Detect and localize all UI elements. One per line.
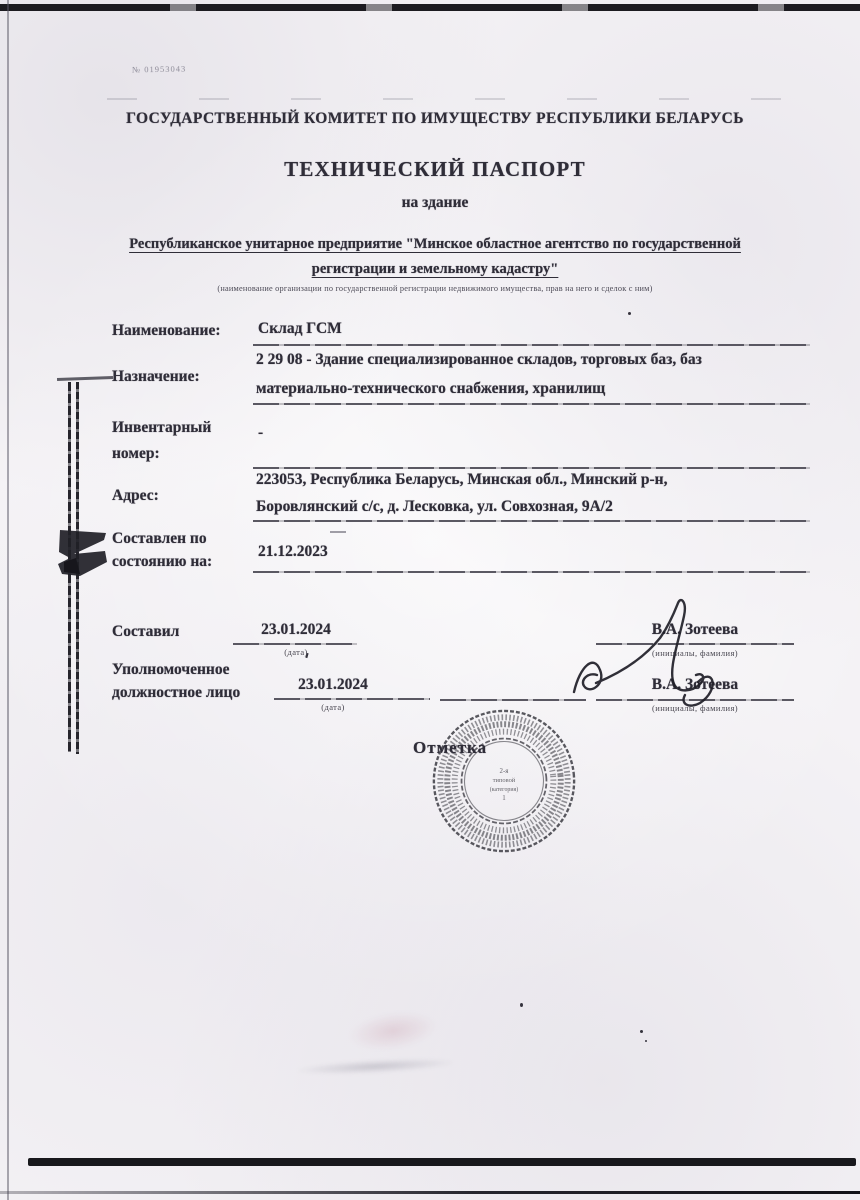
- ghost-ink-smudge-gray: [298, 1056, 453, 1077]
- field-asof-label-line1: Составлен по: [112, 530, 207, 548]
- field-address-value-line2: Боровлянский с/с, д. Лесковка, ул. Совхо…: [256, 498, 613, 516]
- field-asof-value: 21.12.2023: [258, 543, 328, 561]
- scan-bottom-thin-line: [0, 1191, 860, 1194]
- field-address-value-line1: 223053, Республика Беларусь, Минская обл…: [256, 471, 667, 489]
- svg-text:1: 1: [502, 795, 506, 802]
- ghost-ink-smudge-pink: [346, 1006, 440, 1056]
- ruled-line: [253, 467, 810, 469]
- field-inventory-value: -: [258, 424, 263, 442]
- ghost-dash-mark: [330, 531, 346, 533]
- scan-bottom-thick-line: [28, 1158, 856, 1166]
- field-inventory-label-line2: номер:: [112, 445, 160, 463]
- ruled-line: [233, 643, 357, 645]
- ink-speck: [520, 1003, 523, 1007]
- field-purpose-value-line1: 2 29 08 - Здание специализированное скла…: [256, 351, 702, 369]
- ruled-line: [253, 344, 810, 346]
- binding-knot: [50, 524, 112, 584]
- scan-left-edge-line: [7, 0, 9, 1200]
- page-title: ТЕХНИЧЕСКИЙ ПАСПОРТ: [40, 157, 830, 182]
- ink-speck: [645, 1040, 647, 1042]
- handwritten-signature: [560, 596, 760, 721]
- signature-authorized-date-caption: (дата): [277, 702, 389, 712]
- scanned-technical-passport-page: № 01953043 ГОСУДАРСТВЕННЫЙ КОМИТЕТ ПО ИМ…: [0, 0, 860, 1200]
- signature-compiled-date-caption: (дата): [240, 647, 352, 657]
- field-name-label: Наименование:: [112, 322, 221, 340]
- scan-top-edge-line: [0, 4, 860, 11]
- organization-note: (наименование организации по государстве…: [40, 284, 830, 293]
- ink-speck: [640, 1030, 643, 1033]
- organization-name-line1: Республиканское унитарное предприятие "М…: [40, 236, 830, 253]
- svg-text:(категория): (категория): [490, 786, 518, 793]
- scan-streak-row: [45, 98, 835, 100]
- signature-authorized-label-line1: Уполномоченное: [112, 661, 229, 679]
- signature-authorized-label-line2: должностное лицо: [112, 684, 240, 702]
- stamp-mark-label: Отметка: [413, 738, 487, 758]
- ruled-line: [253, 520, 810, 522]
- binding-tick-mark: [57, 376, 113, 381]
- round-stamp-seal: 2-я типовой (категория) 1: [425, 702, 583, 860]
- ruled-line: [253, 403, 810, 405]
- committee-header: ГОСУДАРСТВЕННЫЙ КОМИТЕТ ПО ИМУЩЕСТВУ РЕС…: [40, 110, 830, 128]
- field-purpose-label: Назначение:: [112, 368, 200, 386]
- signature-compiled-date: 23.01.2024: [240, 621, 352, 639]
- field-purpose-value-line2: материально-технического снабжения, хран…: [256, 380, 605, 398]
- ink-speck: [628, 312, 631, 315]
- field-name-value: Склад ГСМ: [258, 320, 342, 338]
- page-subtitle: на здание: [40, 194, 830, 212]
- signature-authorized-date: 23.01.2024: [277, 676, 389, 694]
- field-asof-label-line2: состоянию на:: [112, 553, 212, 571]
- field-inventory-label-line1: Инвентарный: [112, 419, 211, 437]
- ruled-line: [274, 698, 430, 700]
- svg-text:2-я: 2-я: [500, 768, 510, 775]
- document-number: № 01953043: [132, 64, 186, 75]
- field-address-label: Адрес:: [112, 487, 159, 505]
- organization-name-line2: регистрации и земельному кадастру": [40, 261, 830, 278]
- svg-text:типовой: типовой: [493, 777, 516, 784]
- signature-compiled-label: Составил: [112, 623, 179, 641]
- ruled-line: [253, 571, 810, 573]
